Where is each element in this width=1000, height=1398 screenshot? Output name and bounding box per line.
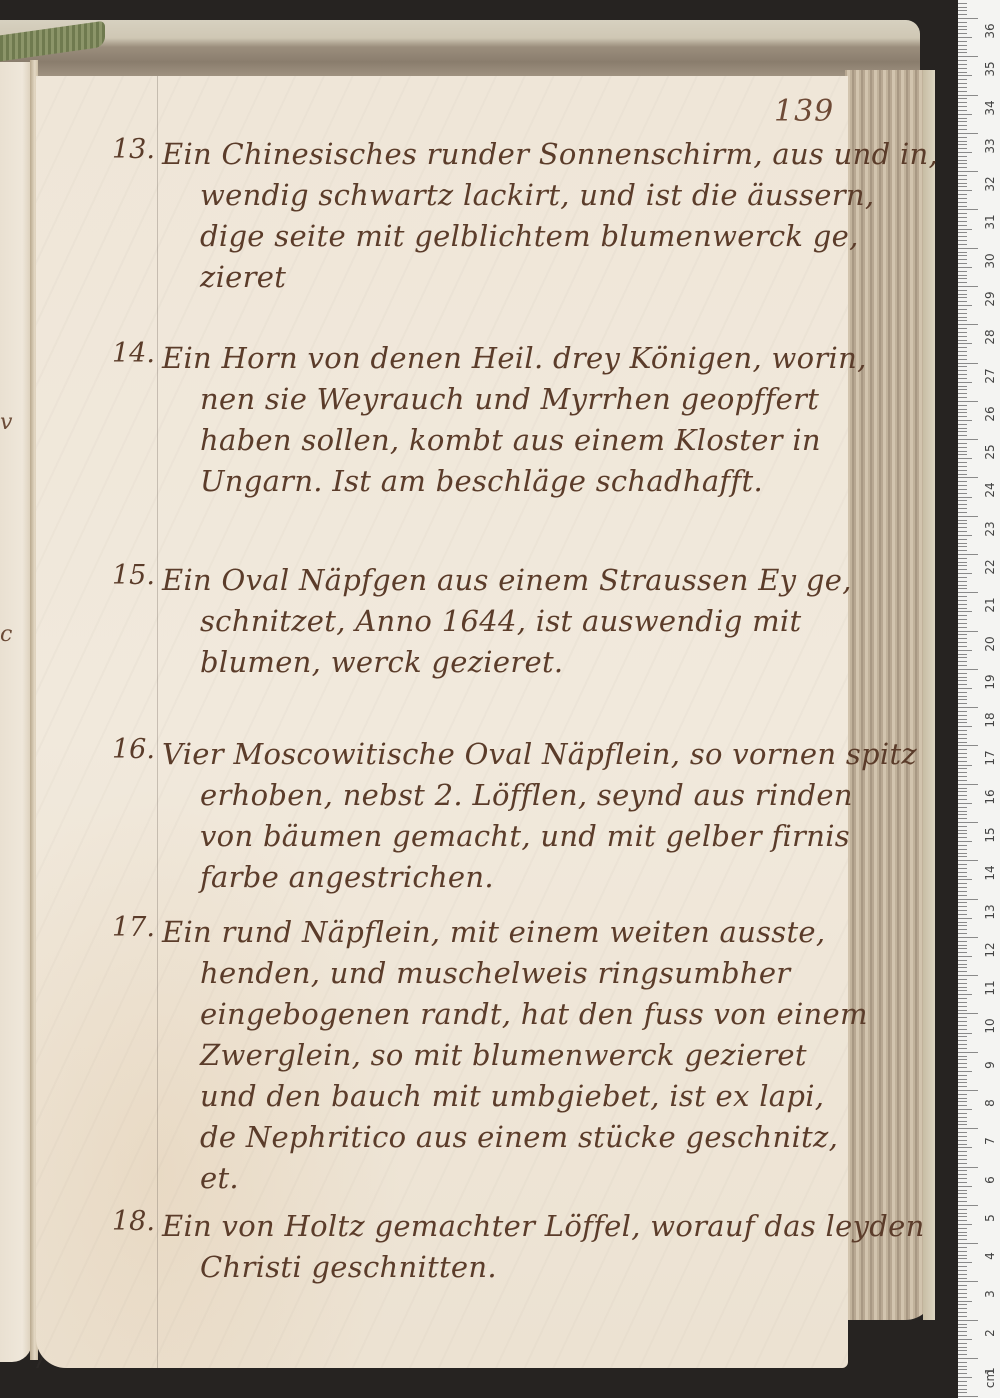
entry-line: de Nephritico aus einem stücke geschnitz…: [162, 1117, 832, 1158]
ruler-tick: [958, 971, 967, 972]
ruler-tick: [958, 788, 967, 789]
ruler-label: 18: [983, 710, 997, 730]
ruler-tick: [958, 343, 972, 344]
ruler-label: 32: [983, 174, 997, 194]
ruler-tick: [958, 156, 967, 157]
ruler-tick: [958, 1224, 972, 1225]
ruler-label: 29: [983, 289, 997, 309]
ruler-tick: [958, 1285, 967, 1286]
ruler-tick: [958, 397, 967, 398]
ruler-tick: [958, 190, 972, 191]
ruler-tick: [958, 244, 967, 245]
ruler-tick: [958, 814, 967, 815]
ruler-tick: [958, 10, 967, 11]
ruler-tick: [958, 941, 967, 942]
entry-number: 17.: [112, 912, 155, 943]
ruler-tick: [958, 179, 967, 180]
entry-line: henden, und muschelweis ringsumbher: [162, 953, 832, 994]
ruler-tick: [958, 118, 967, 119]
ruler-label: 11: [983, 978, 997, 998]
ruler-tick: [958, 87, 967, 88]
ruler-tick: [958, 420, 972, 421]
ruler-tick: [958, 1274, 967, 1275]
ruler-tick: [958, 577, 967, 578]
ruler-tick: [958, 1121, 967, 1122]
ruler-tick: [958, 386, 967, 387]
ruler-tick: [958, 673, 967, 674]
ruler-tick: [958, 722, 967, 723]
ruler-tick: [958, 592, 978, 593]
ruler-tick: [958, 1301, 972, 1302]
ruler-tick: [958, 198, 967, 199]
ruler-tick: [958, 990, 967, 991]
ruler-tick: [958, 952, 967, 953]
ruler-tick: [958, 497, 972, 498]
ruler-tick: [958, 1105, 967, 1106]
ruler-tick: [958, 248, 978, 249]
ruler-tick: [958, 573, 972, 574]
ruler-tick: [958, 650, 972, 651]
ruler-tick: [958, 692, 967, 693]
ruler-tick: [958, 1090, 978, 1091]
ruler-tick: [958, 405, 967, 406]
ruler-tick: [958, 791, 967, 792]
ruler-tick: [958, 45, 967, 46]
ruler-tick: [958, 255, 967, 256]
ruler-tick: [958, 125, 967, 126]
ruler-tick: [958, 1059, 967, 1060]
ruler-tick: [958, 768, 967, 769]
ruler-tick: [958, 719, 967, 720]
ruler-tick: [958, 1147, 972, 1148]
ruler-tick: [958, 1186, 972, 1187]
ruler-tick: [958, 837, 967, 838]
ruler-tick: [958, 340, 967, 341]
ruler-tick: [958, 18, 978, 19]
ruler-tick: [958, 462, 967, 463]
ruler-tick: [958, 830, 967, 831]
ruler-label: 31: [983, 212, 997, 232]
ruler-tick: [958, 906, 967, 907]
ruler-tick: [958, 1308, 967, 1309]
ruler-tick: [958, 252, 967, 253]
ruler-tick: [958, 765, 972, 766]
ruler-tick: [958, 1048, 967, 1049]
ruler-tick: [958, 351, 967, 352]
ruler-tick: [958, 749, 967, 750]
ruler-tick: [958, 585, 967, 586]
ruler-tick: [958, 1193, 967, 1194]
ruler-tick: [958, 183, 967, 184]
ruler-tick: [958, 474, 967, 475]
ruler-tick: [958, 588, 967, 589]
ruler-tick: [958, 1086, 967, 1087]
ruler-tick: [958, 1136, 967, 1137]
ruler-tick: [958, 370, 967, 371]
ruler-tick: [958, 1324, 967, 1325]
ruler-tick: [958, 795, 967, 796]
ruler-tick: [958, 546, 967, 547]
ruler-tick: [958, 902, 967, 903]
entry-line: dige seite mit gelblichtem blumenwerck g…: [162, 216, 832, 257]
ruler-tick: [958, 879, 972, 880]
ruler-tick: [958, 470, 967, 471]
ruler-tick: [958, 240, 967, 241]
ruler-tick: [958, 1228, 967, 1229]
ruler-tick: [958, 91, 967, 92]
ruler-tick: [958, 1358, 978, 1359]
ruler-tick: [958, 1082, 967, 1083]
entry-line: Ein Chinesisches runder Sonnenschirm, au…: [162, 134, 832, 175]
ruler-tick: [958, 539, 967, 540]
entry-line: eingebogenen randt, hat den fuss von ein…: [162, 994, 832, 1035]
ruler-tick: [958, 669, 978, 670]
entry-text: Ein Horn von denen Heil. drey Königen, w…: [162, 338, 832, 502]
ruler-tick: [958, 554, 978, 555]
ruler-tick: [958, 267, 972, 268]
ruler-tick: [958, 363, 978, 364]
entry-line: wendig schwartz lackirt, und ist die äus…: [162, 175, 832, 216]
ruler-tick: [958, 1163, 967, 1164]
ruler-tick: [958, 1033, 972, 1034]
ruler-tick: [958, 937, 978, 938]
ruler-tick: [958, 7, 967, 8]
ruler-label: 5: [983, 1208, 997, 1228]
ruler-tick: [958, 328, 967, 329]
entry-line: Vier Moscowitische Oval Näpflein, so vor…: [162, 734, 832, 775]
ruler-label: 2: [983, 1323, 997, 1343]
ruler-tick: [958, 163, 967, 164]
manuscript-page: 139 13. Ein Chinesisches runder Sonnensc…: [36, 76, 848, 1368]
ruler-tick: [958, 776, 967, 777]
ruler-label: 27: [983, 366, 997, 386]
ruler-tick: [958, 389, 967, 390]
ruler-tick: [958, 1381, 967, 1382]
ruler-tick: [958, 1216, 967, 1217]
ruler-tick: [958, 772, 967, 773]
ruler-tick: [958, 435, 967, 436]
ruler-tick: [958, 1297, 967, 1298]
ruler-tick: [958, 979, 967, 980]
ruler-tick: [958, 1304, 967, 1305]
ruler-tick: [958, 1232, 967, 1233]
ruler-tick: [958, 1327, 967, 1328]
ruler-tick: [958, 745, 978, 746]
ruler-tick: [958, 75, 972, 76]
ruler-tick: [958, 1140, 967, 1141]
ruler-tick: [958, 409, 967, 410]
ruler-label: 14: [983, 863, 997, 883]
ruler-tick: [958, 899, 978, 900]
ruler-tick: [958, 232, 967, 233]
ruler-tick: [958, 416, 967, 417]
ruler-tick: [958, 56, 978, 57]
ruler-tick: [958, 883, 967, 884]
ruler-tick: [958, 278, 967, 279]
entry-number: 13.: [112, 134, 155, 165]
ruler-tick: [958, 845, 967, 846]
ruler-tick: [958, 229, 972, 230]
ruler-tick: [958, 336, 967, 337]
ruler-tick: [958, 726, 972, 727]
ruler-tick: [958, 1354, 967, 1355]
ruler-label: 7: [983, 1131, 997, 1151]
ruler-tick: [958, 1167, 978, 1168]
ruler-tick: [958, 925, 967, 926]
ruler-tick: [958, 213, 967, 214]
ruler-tick: [958, 1347, 967, 1348]
ruler-tick: [958, 466, 967, 467]
ruler-label: 8: [983, 1093, 997, 1113]
ruler-tick: [958, 799, 967, 800]
ruler-tick: [958, 703, 967, 704]
ruler-tick: [958, 1335, 967, 1336]
book-top-edge: [0, 20, 920, 80]
margin-rule: [157, 76, 158, 1368]
ruler-label: 24: [983, 480, 997, 500]
ruler-tick: [958, 623, 967, 624]
ruler-tick: [958, 868, 967, 869]
ruler-tick: [958, 665, 967, 666]
ruler-tick: [958, 604, 967, 605]
ruler-tick: [958, 217, 967, 218]
ruler-tick: [958, 309, 967, 310]
ruler-tick: [958, 481, 967, 482]
ruler-tick: [958, 1281, 978, 1282]
ruler-tick: [958, 1040, 967, 1041]
ruler-tick: [958, 1063, 967, 1064]
ruler-tick: [958, 1021, 967, 1022]
ruler-tick: [958, 451, 967, 452]
ruler-tick: [958, 236, 967, 237]
ruler-tick: [958, 508, 967, 509]
ruler-tick: [958, 263, 967, 264]
ruler-label: 30: [983, 251, 997, 271]
ruler-tick: [958, 1029, 967, 1030]
ruler-tick: [958, 141, 967, 142]
ruler-tick: [958, 1293, 967, 1294]
ruler-tick: [958, 1002, 967, 1003]
ruler-tick: [958, 1182, 967, 1183]
ruler-tick: [958, 1316, 967, 1317]
ruler-tick: [958, 841, 972, 842]
ruler-tick: [958, 543, 967, 544]
ruler-tick: [958, 811, 967, 812]
ruler-tick: [958, 634, 967, 635]
ruler-tick: [958, 359, 967, 360]
entry-line: farbe angestrichen.: [162, 857, 832, 898]
ruler-tick: [958, 1079, 967, 1080]
ruler-tick: [958, 148, 967, 149]
ruler-tick: [958, 1392, 967, 1393]
ruler-tick: [958, 531, 967, 532]
entry-line: und den bauch mit umbgiebet, ist ex lapi…: [162, 1076, 832, 1117]
ruler-tick: [958, 1151, 967, 1152]
entry-line: Ein Horn von denen Heil. drey Königen, w…: [162, 338, 832, 379]
entry-line: nen sie Weyrauch und Myrrhen geopffert: [162, 379, 832, 420]
ruler-tick: [958, 1251, 967, 1252]
ruler-tick: [958, 64, 967, 65]
ruler-tick: [958, 1213, 967, 1214]
ruler-tick: [958, 209, 978, 210]
ruler-tick: [958, 1366, 967, 1367]
ruler-tick: [958, 596, 967, 597]
entry-number: 15.: [112, 560, 155, 591]
ruler-tick: [958, 638, 967, 639]
ruler-tick: [958, 29, 967, 30]
ruler-tick: [958, 696, 967, 697]
ruler-tick: [958, 1201, 967, 1202]
entry-line: Ein Oval Näpfgen aus einem Straussen Ey …: [162, 560, 832, 601]
ruler-tick: [958, 313, 967, 314]
ruler-tick: [958, 1362, 967, 1363]
ruler-tick: [958, 581, 967, 582]
entry-text: Ein von Holtz gemachter Löffel, worauf d…: [162, 1206, 832, 1288]
ruler-tick: [958, 527, 967, 528]
ruler-tick: [958, 611, 972, 612]
ruler-tick: [958, 355, 967, 356]
ruler-tick: [958, 742, 967, 743]
ruler-tick: [958, 600, 967, 601]
ruler-tick: [958, 1098, 967, 1099]
ruler-label: 3: [983, 1284, 997, 1304]
ruler-tick: [958, 642, 967, 643]
ruler-tick: [958, 167, 967, 168]
ruler-label: 34: [983, 98, 997, 118]
ruler-tick: [958, 1052, 978, 1053]
ruler-tick: [958, 619, 967, 620]
ruler-tick: [958, 290, 967, 291]
ruler-tick: [958, 1117, 967, 1118]
ruler-tick: [958, 1377, 972, 1378]
ruler-tick: [958, 558, 967, 559]
ruler-tick: [958, 615, 967, 616]
ruler-tick: [958, 715, 967, 716]
ruler-tick: [958, 121, 967, 122]
entry-line: Ein rund Näpflein, mit einem weiten auss…: [162, 912, 832, 953]
ruler-tick: [958, 259, 967, 260]
ruler-tick: [958, 1369, 967, 1370]
ruler-tick: [958, 1247, 967, 1248]
ruler-tick: [958, 956, 972, 957]
ruler-tick: [958, 849, 967, 850]
entry-number: 14.: [112, 338, 155, 369]
ruler-tick: [958, 79, 967, 80]
ruler-tick: [958, 1094, 967, 1095]
ruler-tick: [958, 275, 967, 276]
ruler-label: 22: [983, 557, 997, 577]
ruler-tick: [958, 856, 967, 857]
ruler-tick: [958, 347, 967, 348]
ruler-tick: [958, 129, 967, 130]
entry-line: et.: [162, 1158, 832, 1199]
entry-line: schnitzet, Anno 1644, ist auswendig mit: [162, 601, 832, 642]
ruler-tick: [958, 523, 967, 524]
ruler-tick: [958, 512, 967, 513]
ruler-tick: [958, 1385, 967, 1386]
ruler-tick: [958, 1124, 967, 1125]
ruler-tick: [958, 152, 972, 153]
ruler-tick: [958, 707, 978, 708]
ruler-tick: [958, 1239, 967, 1240]
ruler-tick: [958, 443, 967, 444]
ruler-tick: [958, 374, 967, 375]
ruler-tick: [958, 1071, 972, 1072]
ruler-tick: [958, 33, 967, 34]
ruler-tick: [958, 110, 967, 111]
ruler-tick: [958, 1235, 967, 1236]
ruler-tick: [958, 26, 967, 27]
ruler-tick: [958, 1174, 967, 1175]
ruler-label: 13: [983, 902, 997, 922]
ruler-tick: [958, 520, 967, 521]
ruler-tick: [958, 447, 967, 448]
ruler-tick: [958, 52, 967, 53]
ruler-tick: [958, 106, 967, 107]
ruler-tick: [958, 1190, 967, 1191]
ruler-tick: [958, 1331, 967, 1332]
ruler-tick: [958, 68, 967, 69]
ruler-tick: [958, 294, 967, 295]
ruler-tick: [958, 734, 967, 735]
ruler-tick: [958, 975, 978, 976]
ruler-tick: [958, 994, 972, 995]
ruler-label: 16: [983, 787, 997, 807]
ruler-tick: [958, 1075, 967, 1076]
ruler-tick: [958, 431, 967, 432]
ruler-tick: [958, 324, 978, 325]
ruler-tick: [958, 535, 972, 536]
ruler-tick: [958, 221, 967, 222]
ruler-tick: [958, 37, 972, 38]
ruler-tick: [958, 286, 978, 287]
ruler-label: 23: [983, 519, 997, 539]
ruler-tick: [958, 297, 967, 298]
ruler-tick: [958, 382, 972, 383]
ruler-label: 12: [983, 940, 997, 960]
ruler-tick: [958, 826, 967, 827]
ruler-tick: [958, 83, 967, 84]
ruler-label: 4: [983, 1246, 997, 1266]
ruler-label: 35: [983, 59, 997, 79]
cm-ruler: cm 1234567891011121314151617181920212223…: [958, 0, 1000, 1398]
ruler-tick: [958, 14, 967, 15]
ruler-tick: [958, 458, 972, 459]
ruler-tick: [958, 933, 967, 934]
ruler-tick: [958, 439, 978, 440]
ruler-tick: [958, 95, 978, 96]
ruler-tick: [958, 516, 978, 517]
ruler-tick: [958, 998, 967, 999]
entry-line: haben sollen, kombt aus einem Kloster in: [162, 420, 832, 461]
ruler-tick: [958, 194, 967, 195]
ruler-label: 33: [983, 136, 997, 156]
ruler-tick: [958, 1289, 967, 1290]
ruler-tick: [958, 477, 978, 478]
ruler-tick: [958, 730, 967, 731]
ruler-tick: [958, 1339, 972, 1340]
ruler-tick: [958, 918, 972, 919]
ruler-tick: [958, 1017, 967, 1018]
ruler-tick: [958, 1220, 967, 1221]
ruler-tick: [958, 803, 972, 804]
ruler-tick: [958, 133, 978, 134]
ruler-tick: [958, 98, 967, 99]
left-page-fragment: v: [0, 410, 12, 435]
ruler-tick: [958, 654, 967, 655]
ruler-tick: [958, 929, 967, 930]
ruler-tick: [958, 550, 967, 551]
